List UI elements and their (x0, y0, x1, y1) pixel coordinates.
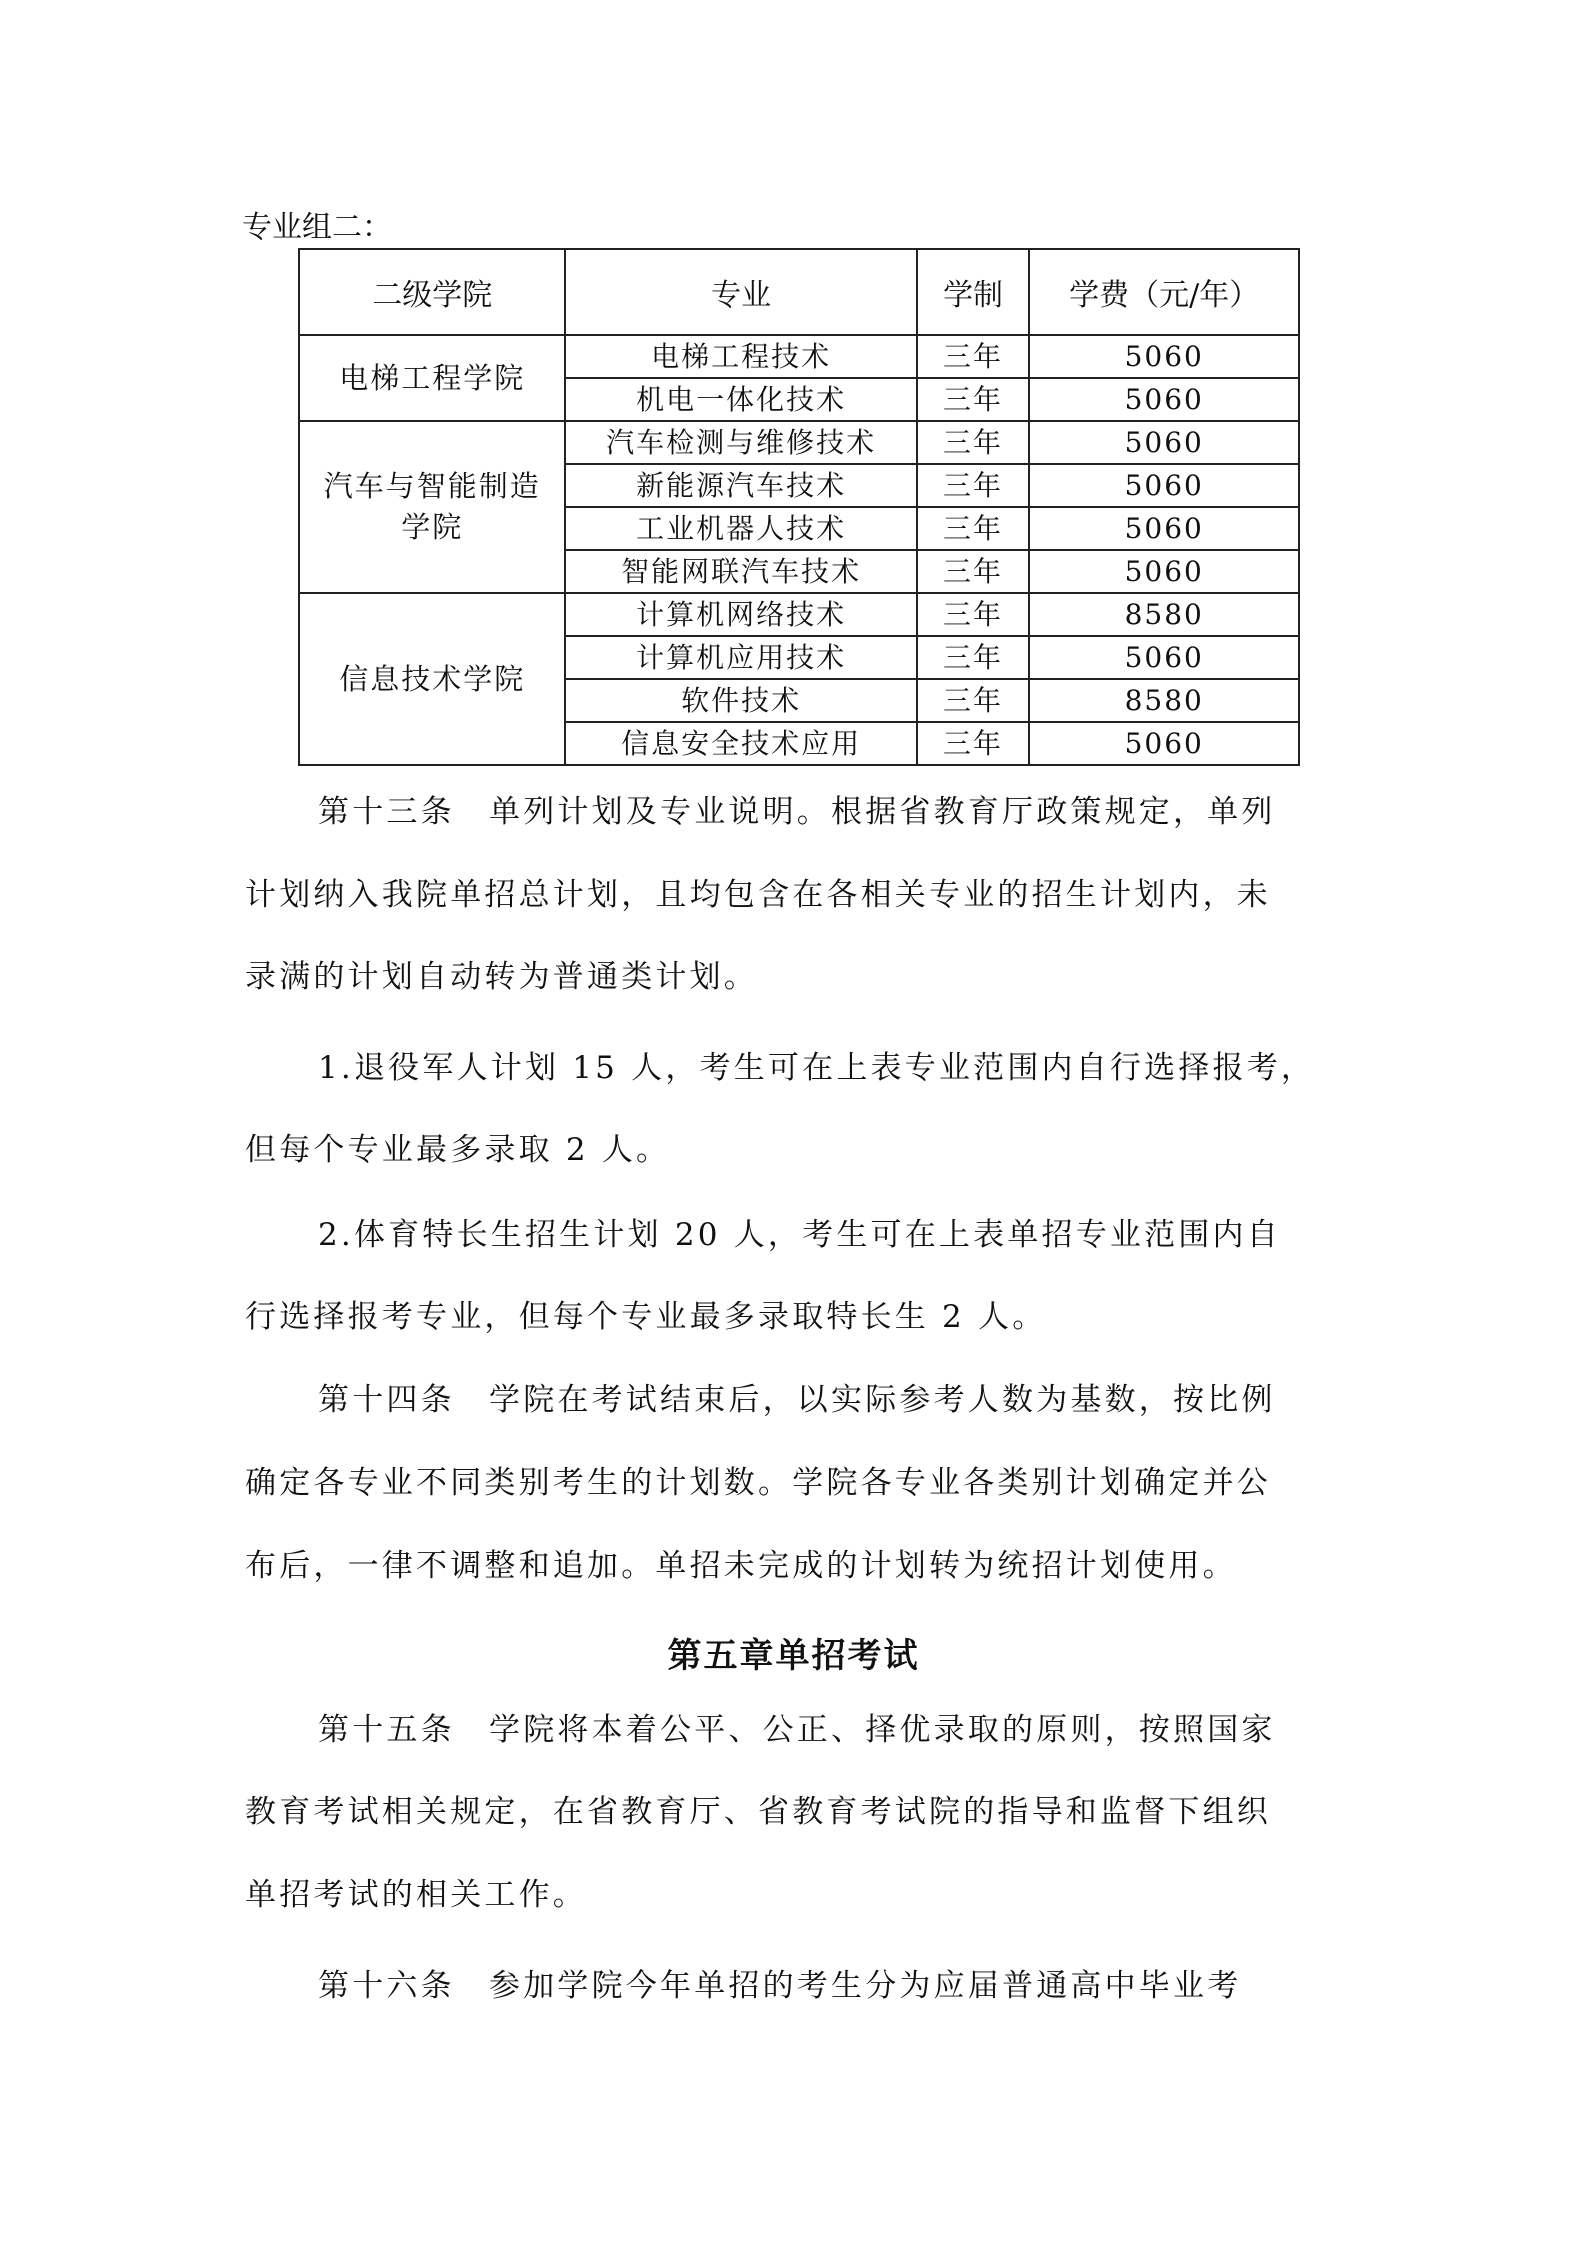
table-row: 电梯工程学院 电梯工程技术 三年 5060 (299, 335, 1299, 378)
article-14-line-2: 确定各专业不同类别考生的计划数。学院各专业各类别计划确定并公 (245, 1463, 1357, 1503)
major-fee-table: 二级学院 专业 学制 学费（元/年） 电梯工程学院 电梯工程技术 三年 5060… (298, 248, 1300, 766)
college-cell: 信息技术学院 (299, 593, 565, 765)
college-cell: 汽车与智能制造学院 (299, 421, 565, 593)
fee-cell: 5060 (1029, 378, 1299, 421)
item-1-line-2: 但每个专业最多录取 2 人。 (245, 1130, 1357, 1170)
article-14-line-1: 第十四条 学院在考试结束后，以实际参考人数为基数，按比例 (318, 1380, 1430, 1420)
duration-cell: 三年 (917, 507, 1030, 550)
item-1-line-1: 1.退役军人计划 15 人，考生可在上表专业范围内自行选择报考， (318, 1048, 1430, 1088)
major-cell: 电梯工程技术 (565, 335, 916, 378)
chapter-heading: 第五章单招考试 (0, 1628, 1587, 1677)
header-major: 专业 (565, 249, 916, 335)
duration-cell: 三年 (917, 679, 1030, 722)
header-duration: 学制 (917, 249, 1030, 335)
header-college: 二级学院 (299, 249, 565, 335)
fee-cell: 5060 (1029, 464, 1299, 507)
major-cell: 智能网联汽车技术 (565, 550, 916, 593)
article-15-line-1: 第十五条 学院将本着公平、公正、择优录取的原则，按照国家 (318, 1710, 1430, 1750)
article-16-line-1: 第十六条 参加学院今年单招的考生分为应届普通高中毕业考 (318, 1966, 1430, 2006)
duration-cell: 三年 (917, 550, 1030, 593)
article-13-line-2: 计划纳入我院单招总计划，且均包含在各相关专业的招生计划内，未 (245, 875, 1357, 915)
item-2-line-1: 2.体育特长生招生计划 20 人，考生可在上表单招专业范围内自 (318, 1215, 1430, 1255)
duration-cell: 三年 (917, 636, 1030, 679)
fee-cell: 5060 (1029, 335, 1299, 378)
major-cell: 工业机器人技术 (565, 507, 916, 550)
table-row: 信息技术学院 计算机网络技术 三年 8580 (299, 593, 1299, 636)
major-cell: 计算机网络技术 (565, 593, 916, 636)
fee-cell: 5060 (1029, 636, 1299, 679)
fee-cell: 8580 (1029, 593, 1299, 636)
group-label: 专业组二： (242, 208, 392, 248)
article-14-line-3: 布后，一律不调整和追加。单招未完成的计划转为统招计划使用。 (245, 1546, 1357, 1586)
duration-cell: 三年 (917, 722, 1030, 765)
major-cell: 信息安全技术应用 (565, 722, 916, 765)
duration-cell: 三年 (917, 593, 1030, 636)
fee-cell: 8580 (1029, 679, 1299, 722)
major-cell: 机电一体化技术 (565, 378, 916, 421)
fee-cell: 5060 (1029, 722, 1299, 765)
duration-cell: 三年 (917, 335, 1030, 378)
fee-cell: 5060 (1029, 421, 1299, 464)
header-fee: 学费（元/年） (1029, 249, 1299, 335)
article-13-line-1: 第十三条 单列计划及专业说明。根据省教育厅政策规定，单列 (318, 792, 1430, 832)
article-15-line-2: 教育考试相关规定，在省教育厅、省教育考试院的指导和监督下组织 (245, 1792, 1357, 1832)
fee-cell: 5060 (1029, 507, 1299, 550)
fee-cell: 5060 (1029, 550, 1299, 593)
college-name: 汽车与智能制造学院 (324, 469, 541, 544)
table-header-row: 二级学院 专业 学制 学费（元/年） (299, 249, 1299, 335)
major-cell: 新能源汽车技术 (565, 464, 916, 507)
college-cell: 电梯工程学院 (299, 335, 565, 421)
major-cell: 计算机应用技术 (565, 636, 916, 679)
table-row: 汽车与智能制造学院 汽车检测与维修技术 三年 5060 (299, 421, 1299, 464)
duration-cell: 三年 (917, 464, 1030, 507)
article-15-line-3: 单招考试的相关工作。 (245, 1875, 1357, 1915)
duration-cell: 三年 (917, 421, 1030, 464)
major-cell: 软件技术 (565, 679, 916, 722)
duration-cell: 三年 (917, 378, 1030, 421)
article-13-line-3: 录满的计划自动转为普通类计划。 (245, 957, 1357, 997)
item-2-line-2: 行选择报考专业，但每个专业最多录取特长生 2 人。 (245, 1297, 1357, 1337)
major-cell: 汽车检测与维修技术 (565, 421, 916, 464)
